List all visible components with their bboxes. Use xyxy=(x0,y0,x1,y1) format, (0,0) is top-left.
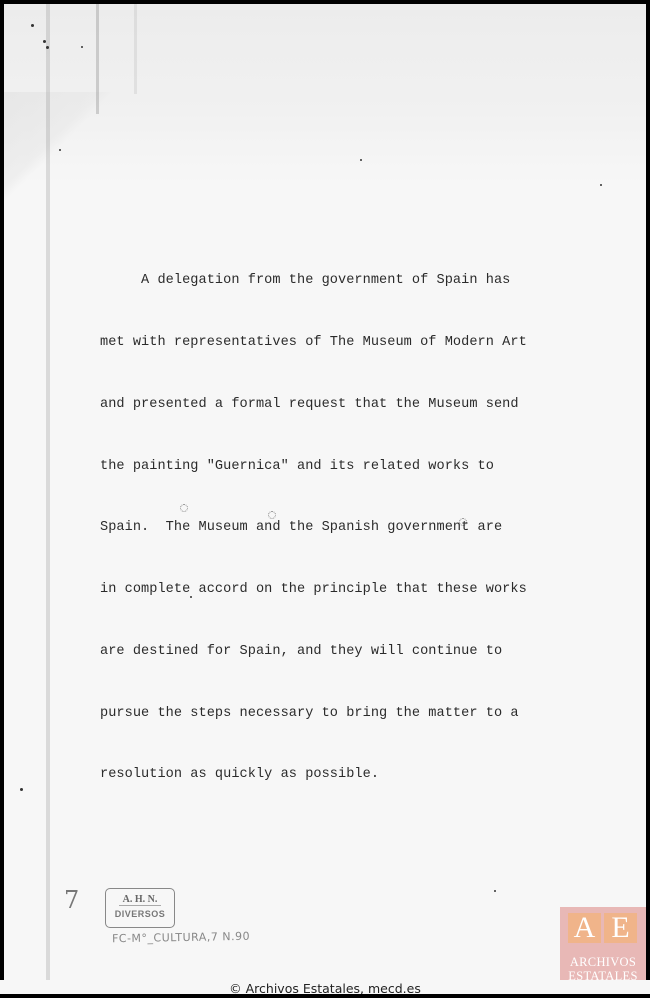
paragraph-line: met with representatives of The Museum o… xyxy=(100,333,540,354)
scan-streak xyxy=(46,4,50,992)
paragraph-line: A delegation from the government of Spai… xyxy=(100,271,540,292)
paragraph-line: resolution as quickly as possible. xyxy=(100,765,540,786)
paragraph-line: pursue the steps necessary to bring the … xyxy=(100,704,540,725)
handwritten-page-number: 7 xyxy=(64,886,79,914)
scan-speck xyxy=(46,46,49,49)
paragraph-line: Spain. The Museum and the Spanish govern… xyxy=(100,518,540,539)
bottom-border xyxy=(0,994,650,998)
handwritten-reference: FC-M°_CULTURA,7 N.90 xyxy=(112,930,250,945)
paragraph-line: in complete accord on the principle that… xyxy=(100,580,540,601)
scan-speck xyxy=(360,159,362,161)
paragraph-line: are destined for Spain, and they will co… xyxy=(100,642,540,663)
scan-speck xyxy=(81,46,83,48)
scan-streak xyxy=(96,4,99,114)
scan-streak xyxy=(134,4,137,94)
archive-stamp: A. H. N. DIVERSOS xyxy=(105,888,175,928)
scan-speck xyxy=(31,24,34,27)
scan-speck xyxy=(600,184,602,186)
logo-text-line: ARCHIVOS xyxy=(560,955,646,970)
paragraph-line: and presented a formal request that the … xyxy=(100,395,540,416)
scan-speck xyxy=(494,890,496,892)
scan-speck xyxy=(20,788,23,791)
scanned-page: A delegation from the government of Spai… xyxy=(4,4,646,992)
scan-speck xyxy=(43,40,46,43)
logo-letter: E xyxy=(604,913,637,943)
logo-letter: A xyxy=(568,913,601,943)
scan-speck xyxy=(59,149,61,151)
scan-fold-shadow xyxy=(4,92,144,202)
archivos-estatales-logo: A E ARCHIVOS ESTATALES xyxy=(560,907,646,991)
document-paragraph: A delegation from the government of Spai… xyxy=(100,230,540,827)
stamp-section: DIVERSOS xyxy=(106,909,174,919)
paragraph-line: the painting "Guernica" and its related … xyxy=(100,457,540,478)
stamp-title: A. H. N. xyxy=(119,894,162,906)
